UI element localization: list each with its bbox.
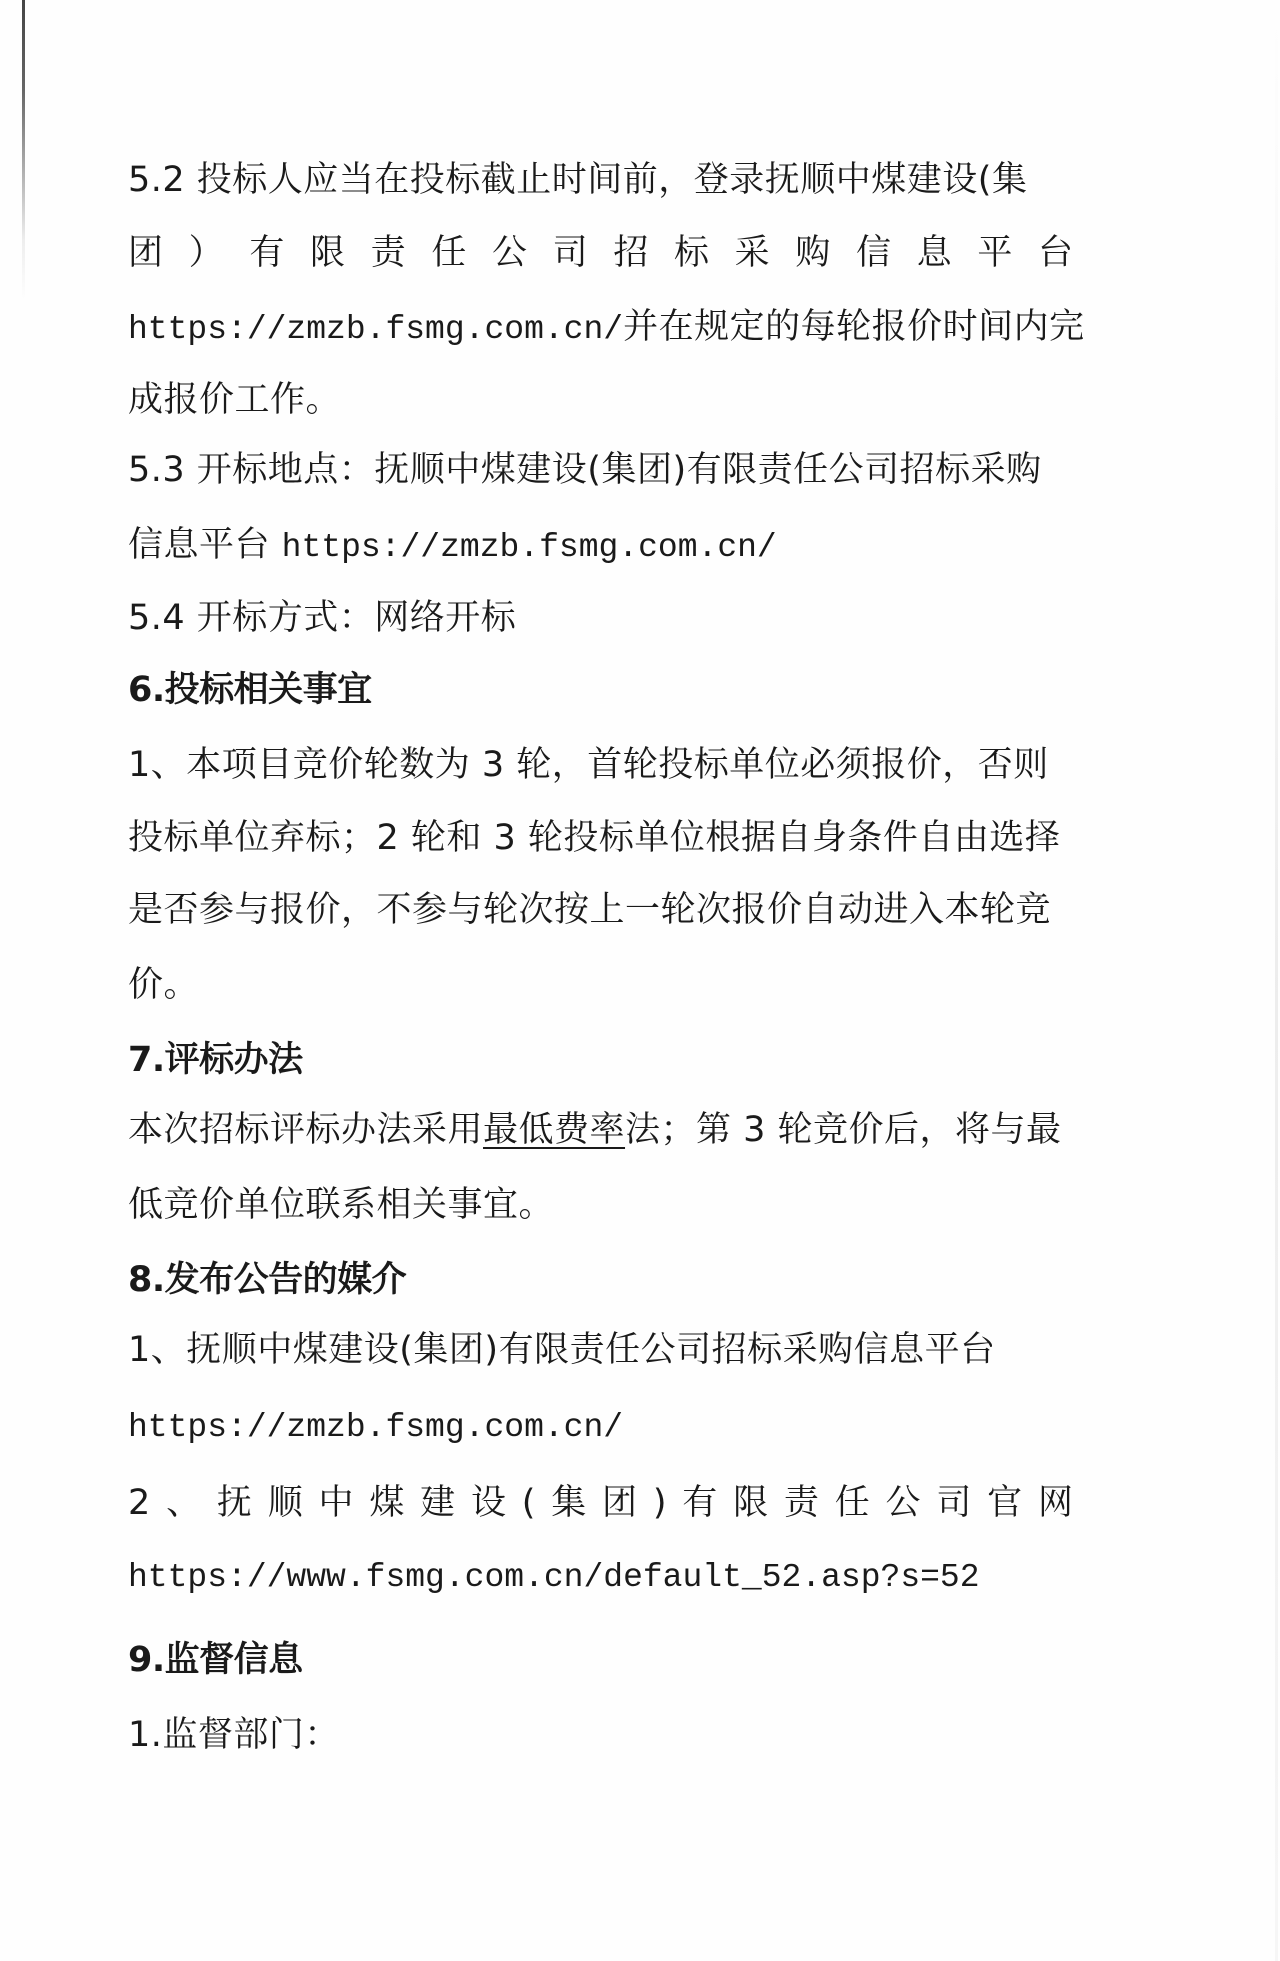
section-9-item-1: 1.监督部门： xyxy=(128,1712,340,1758)
section-6-item-1-line-3: 是否参与报价，不参与轮次按上一轮次报价自动进入本轮竞 xyxy=(128,887,1051,933)
page-right-edge-shadow xyxy=(1275,0,1278,1961)
section-6-item-1-line-1: 1、本项目竞价轮数为 3 轮，首轮投标单位必须报价，否则 xyxy=(128,742,1049,788)
section-7-heading: 7.评标办法 xyxy=(128,1037,303,1083)
section-8-item-1-url[interactable]: https://zmzb.fsmg.com.cn/ xyxy=(128,1405,623,1451)
section-6-heading: 6.投标相关事宜 xyxy=(128,667,372,713)
document-page: 5.2 投标人应当在投标截止时间前，登录抚顺中煤建设(集 团）有限责任公司招标采… xyxy=(128,0,1073,1961)
section-8-item-1-line-1: 1、抚顺中煤建设(集团)有限责任公司招标采购信息平台 xyxy=(128,1327,996,1373)
section-7-line-1-post: 法；第 3 轮竞价后，将与最 xyxy=(625,1110,1062,1150)
section-5-2-line-2: 团）有限责任公司招标采购信息平台 xyxy=(128,230,1073,276)
section-8-item-2-url[interactable]: https://www.fsmg.com.cn/default_52.asp?s… xyxy=(128,1555,980,1601)
section-5-3-line-2-text: 信息平台 xyxy=(128,525,270,565)
section-7-line-2: 低竞价单位联系相关事宜。 xyxy=(128,1182,554,1228)
section-5-3-line-1: 5.3 开标地点：抚顺中煤建设(集团)有限责任公司招标采购 xyxy=(128,447,1042,493)
section-5-2-line-1: 5.2 投标人应当在投标截止时间前，登录抚顺中煤建设(集 xyxy=(128,157,1027,203)
opening-location-url[interactable]: https://zmzb.fsmg.com.cn/ xyxy=(282,529,777,566)
section-8-item-2-line-1: 2、抚顺中煤建设(集团)有限责任公司官网 xyxy=(128,1480,1073,1526)
section-6-item-1-line-4: 价。 xyxy=(128,962,199,1008)
section-5-2-line-3-text: 并在规定的每轮报价时间内完 xyxy=(623,307,1085,347)
section-9-heading: 9.监督信息 xyxy=(128,1637,303,1683)
section-6-item-1-line-2: 投标单位弃标；2 轮和 3 轮投标单位根据自身条件自由选择 xyxy=(128,815,1060,861)
lowest-rate-method-underlined: 最低费率 xyxy=(483,1110,625,1150)
section-8-heading: 8.发布公告的媒介 xyxy=(128,1257,406,1303)
section-7-line-1: 本次招标评标办法采用最低费率法；第 3 轮竞价后，将与最 xyxy=(128,1107,1062,1153)
page-left-edge-shadow xyxy=(22,0,25,300)
section-7-line-1-pre: 本次招标评标办法采用 xyxy=(128,1110,483,1150)
section-5-2-line-3: https://zmzb.fsmg.com.cn/并在规定的每轮报价时间内完 xyxy=(128,304,1085,350)
section-5-4-line-1: 5.4 开标方式：网络开标 xyxy=(128,595,516,641)
bidding-platform-url[interactable]: https://zmzb.fsmg.com.cn/ xyxy=(128,311,623,348)
section-5-2-line-4: 成报价工作。 xyxy=(128,377,341,423)
section-5-3-line-2: 信息平台 https://zmzb.fsmg.com.cn/ xyxy=(128,522,777,568)
